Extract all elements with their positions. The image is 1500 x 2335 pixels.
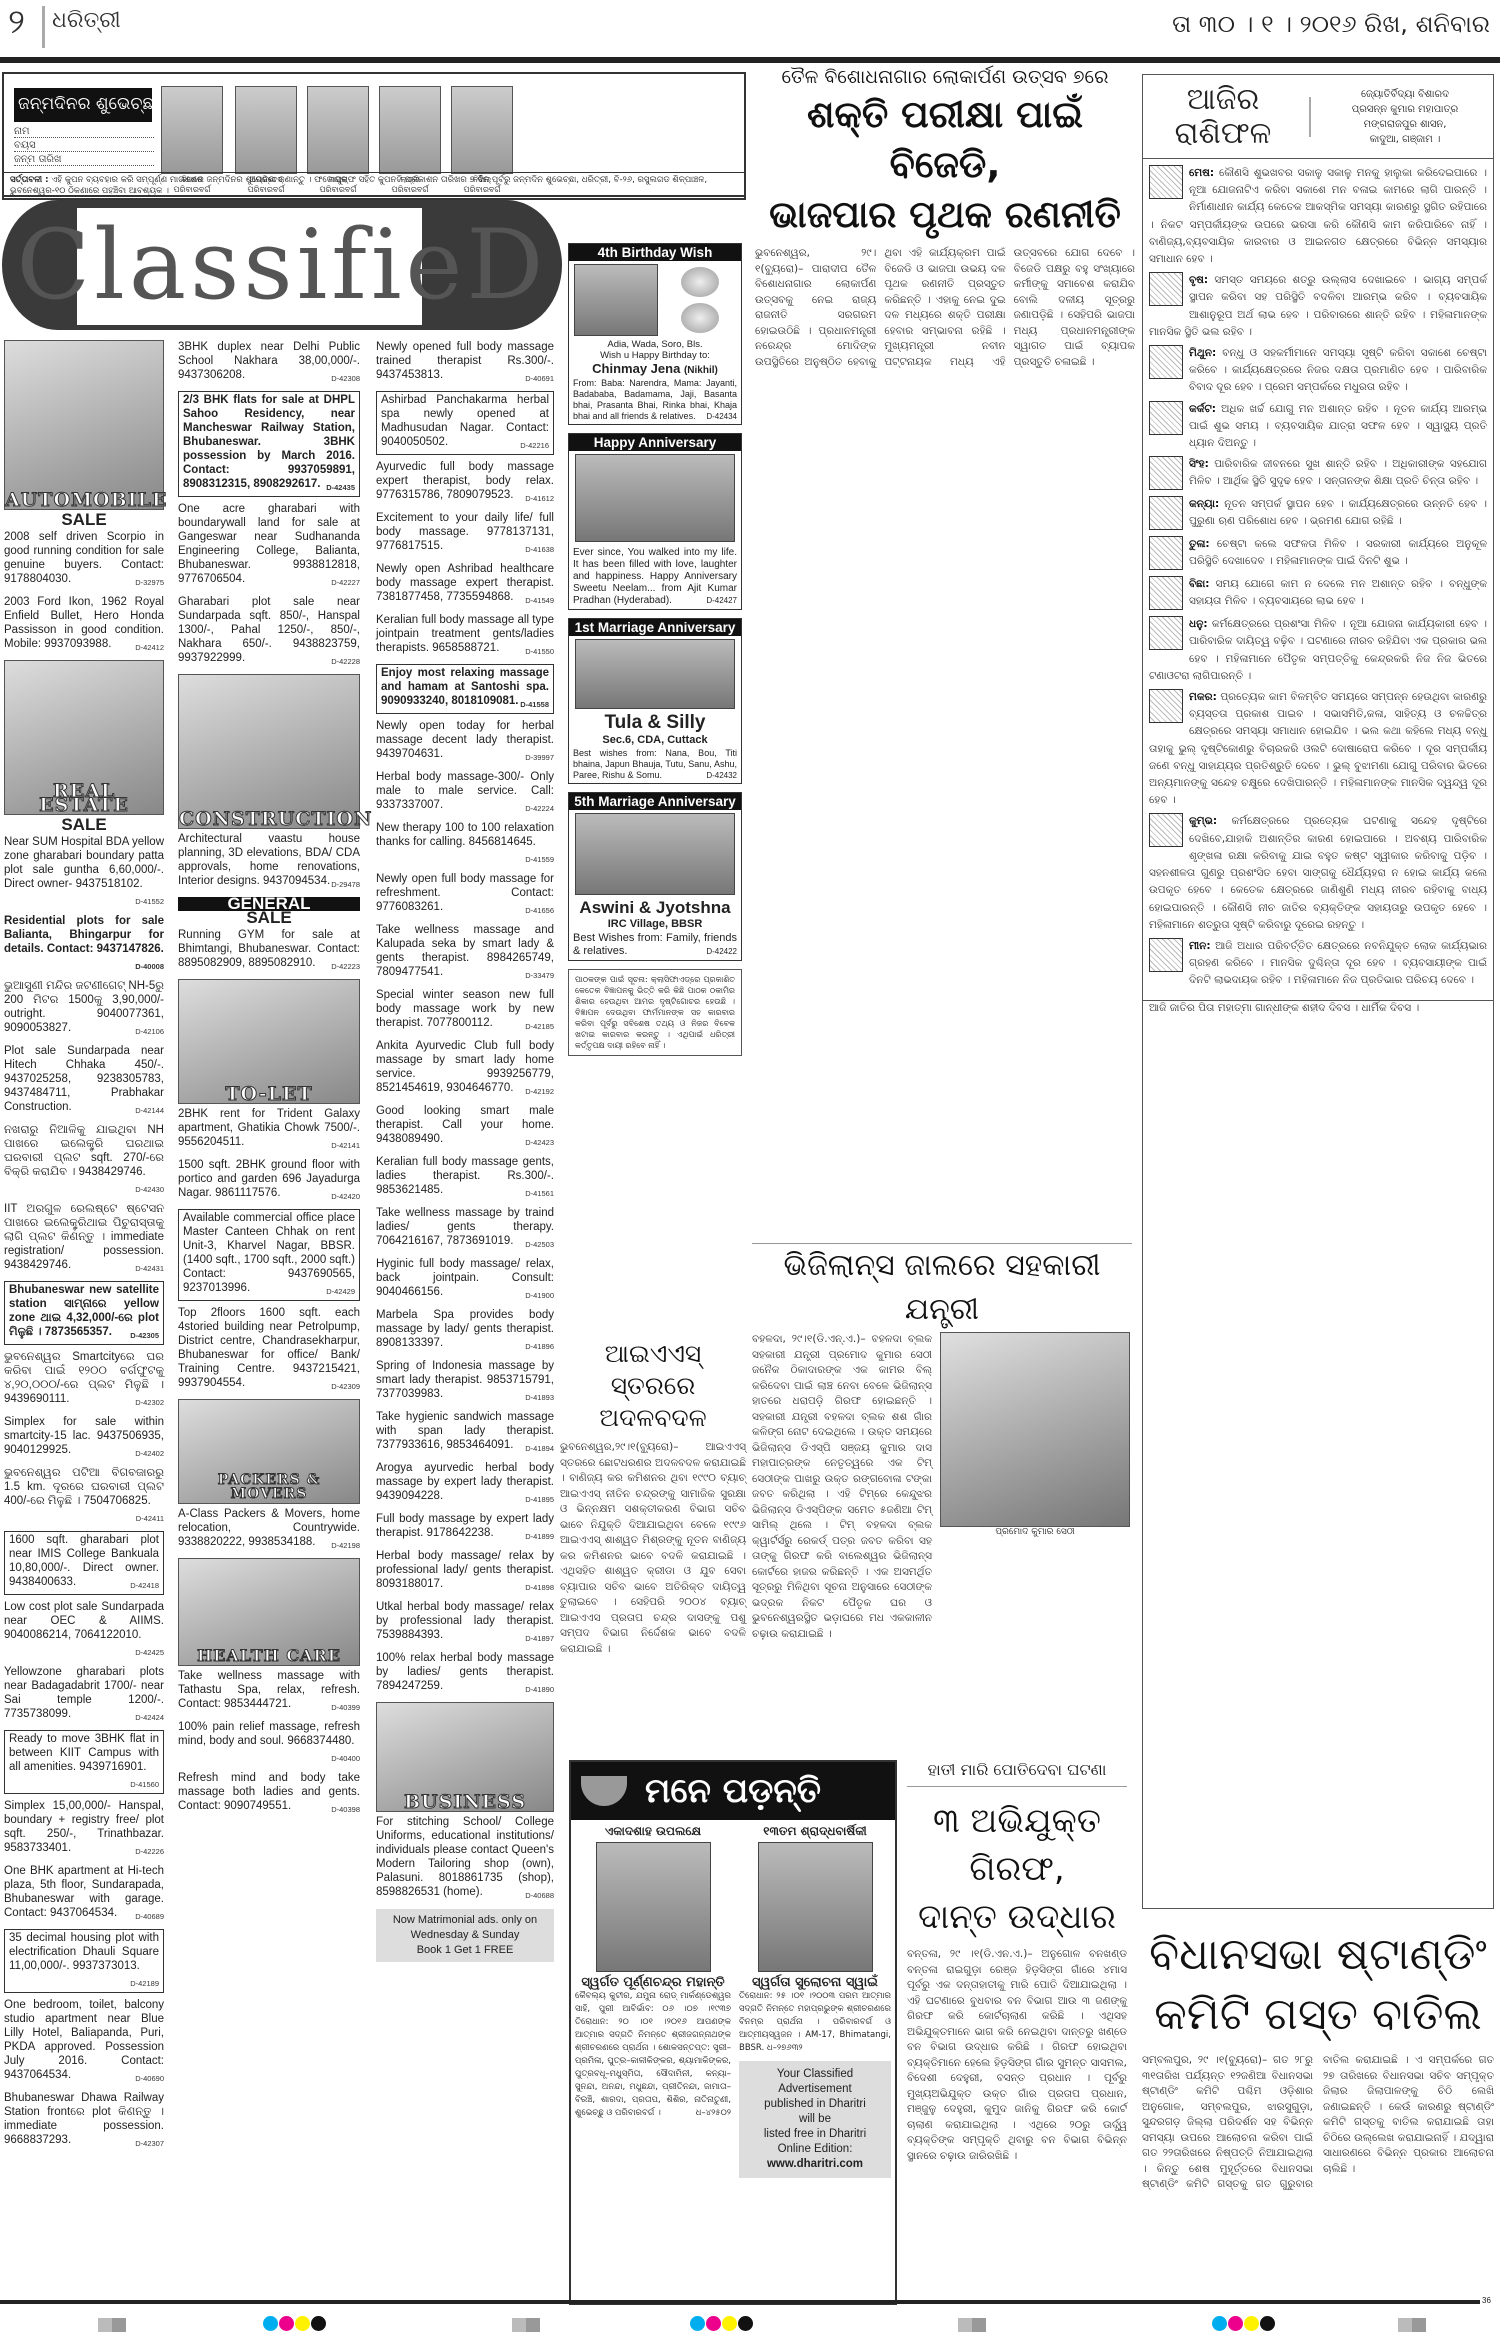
color-registration-dot [1228, 2316, 1243, 2331]
obituary-box: ମନେ ପଡ଼ନ୍ତି ଏକାଦଶାହ ଉପଲକ୍ଷେ ସ୍ୱର୍ଗତ ପୂର୍… [569, 1760, 897, 2305]
massage-ads: Newly opened full body massage trained t… [376, 340, 554, 1697]
classified-column-1: AUTOMOBILE SALE 2008 self driven Scorpio… [4, 340, 164, 2156]
classified-ad: IIT ଅରଗୁଳ ରେଲଷ୍ଟେ ଷ୍ଟେସନ ପାଖରେ ଇଲେକ୍ଟ୍ରି… [4, 1202, 164, 1276]
registration-mark [1398, 2318, 1426, 2332]
classified-ad: One acre gharabari with boundarywall lan… [178, 502, 360, 590]
horoscope-sign: ଧନୁ: କର୍ମକ୍ଷେତ୍ରରେ ପ୍ରଶଂସା ମିଳିବ । ନୂଆ ଯ… [1149, 616, 1487, 685]
kid-photo [161, 86, 223, 174]
zodiac-icon [1149, 616, 1183, 650]
classified-ad: A-Class Packers & Movers, home relocatio… [178, 1507, 360, 1553]
classified-ad: Architectural vaastu house planning, 3D … [178, 832, 360, 892]
classified-ad: Bhubaneswar Dhawa Railway Station frontର… [4, 2091, 164, 2151]
horoscope-sign: ବୃଷ: ସମସ୍ତ ସମୟରେ ଶତ୍ରୁ ଉଲ୍ଲାସ ଦେଖାଇବେ । … [1149, 272, 1487, 341]
classified-ad: Simplex 15,00,000/- Hanspal, boundary + … [4, 1799, 164, 1859]
kid-photo [451, 86, 513, 174]
classified-ad: Simplex for sale within smartcity-15 lac… [4, 1415, 164, 1461]
classified-ad: Herbal body massage/ relax by profession… [376, 1549, 554, 1595]
business-image: BUSINESS [376, 1702, 554, 1812]
obituary-right: ୧୩ତମ ଶ୍ରାଦ୍ଧବାର୍ଷିକୀ ସ୍ୱର୍ଗତା ସୁଲୋଚନା ସ୍… [735, 1820, 895, 2182]
cmyk-marks [263, 2316, 327, 2335]
section-heading: SALE [178, 911, 360, 925]
main-news-body: ଭୁବନେଶ୍ୱର, ୨୯।୧(ବ୍ୟୁରୋ)– ପାରାଦୀପ ତୈଳ ବିଶ… [755, 246, 1135, 1236]
obituary-banner: ମନେ ପଡ଼ନ୍ତି [571, 1762, 895, 1820]
classified-ad: Ready to move 3BHK flat in between KIIT … [4, 1730, 164, 1794]
color-registration-dot [1212, 2316, 1227, 2331]
horoscope-signs: ମେଷ: କୌଣସି ଶୁଭଖବର ସକାଳୁ ସକାଳୁ ମନକୁ ହାଲୁକ… [1143, 159, 1493, 1000]
marriage-anniversary-wish: 5th Marriage Anniversary Aswini & Jyotsh… [568, 792, 742, 961]
vigilance-news-body: ବହଳଦା, ୨୯।୧(ଡି.ଏନ୍.ଏ.)– ବହଳଦା ବ୍ଲକ ସହକାର… [752, 1332, 932, 1642]
footer-rule [0, 2300, 1480, 2304]
ias-news-body: ଭୁବନେଶ୍ୱର,୨୯।୧(ବ୍ୟୁରୋ)– ଆଇଏଏସ୍ ସ୍ତରରେ ଛୋ… [560, 1440, 746, 1657]
classified-ad: 35 decimal housing plot with electrifica… [4, 1929, 164, 1993]
horoscope-footer-note: ଆଜି ଜାତିର ପିତା ମହାତ୍ମା ଗାନ୍ଧୀଙ୍କ ଶହୀଦ ଦି… [1143, 1000, 1493, 1017]
classified-ad: 100% relax herbal body massage by ladies… [376, 1651, 554, 1697]
classified-ad: Full body massage by expert lady therapi… [376, 1512, 554, 1544]
classified-ad: 1600 sqft. gharabari plot near IMIS Coll… [4, 1531, 164, 1595]
lamp-icon [581, 1776, 627, 1806]
classified-ad: 3BHK duplex near Delhi Public School Nak… [178, 340, 360, 386]
zodiac-icon [1149, 401, 1183, 435]
astrologer-credit: ଜ୍ୟୋତିର୍ବିଦ୍ୟା ବିଶାରଦପ୍ରସନ୍ନ କୁମାର ମହାପା… [1317, 87, 1493, 147]
classified-ad: Running GYM for sale at Bhimtangi, Bhuba… [178, 928, 360, 974]
classified-ad: Spring of Indonesia massage by smart lad… [376, 1359, 554, 1405]
classified-ad: Newly open Ashribad healthcare body mass… [376, 562, 554, 608]
horoscope-sign: କର୍କଟ: ଅଧିକ ଖର୍ଚ୍ଚ ଯୋଗୁ ମନ ଅଶାନ୍ତ ରହିବ ।… [1149, 401, 1487, 453]
classified-ad: 1500 sqft. 2BHK ground floor with portic… [178, 1158, 360, 1204]
name-field: ନାମ [14, 126, 154, 138]
registration-mark [512, 2318, 540, 2332]
zodiac-icon [1149, 496, 1183, 530]
classified-ad: Ashirbad Panchakarma herbal spa newly op… [376, 391, 554, 455]
color-registration-dot [1260, 2316, 1275, 2331]
newspaper-logo: ଧରିତ୍ରୀ [52, 8, 121, 33]
reader-notice: ପାଠକଙ୍କ ପାଇଁ ସୂଚନା: କ୍ଲାସିଫାଏଡ୍‌ରେ ପ୍ରକା… [568, 969, 742, 1056]
assembly-news-body: ସମ୍ବଲପୁର, ୨୯ ।୧(ବ୍ୟୁରୋ)– ଗତ ୨୮ରୁ ୩୧ତାରିଖ… [1142, 2053, 1494, 2193]
real-estate-ads: Near SUM Hospital BDA yellow zone gharab… [4, 835, 164, 2151]
official-photo [940, 1332, 1130, 1527]
general-ads: Running GYM for sale at Bhimtangi, Bhuba… [178, 928, 360, 974]
obituary-left: ଏକାଦଶାହ ଉପଲକ୍ଷେ ସ୍ୱର୍ଗତ ପୂର୍ଣ୍ଣଚନ୍ଦ୍ର ମହ… [571, 1820, 735, 2182]
classified-ad: ଭୁବନେଶ୍ୱର Smartcityରେ ଘର କରିବା ପାଇଁ ୧୨୦୦… [4, 1350, 164, 1410]
kid-photo [235, 86, 297, 174]
zodiac-icon [1149, 813, 1183, 847]
horoscope-sign: କୁମ୍ଭ: କର୍ମକ୍ଷେତ୍ରରେ ପ୍ରତ୍ୟେକ ଘଟଣାକୁ ସନ୍… [1149, 813, 1487, 933]
classified-ad: Newly open full body massage for refresh… [376, 872, 554, 918]
online-edition-promo: Your ClassifiedAdvertisementpublished in… [739, 2061, 891, 2178]
zodiac-icon [1149, 576, 1183, 610]
classified-ad: ଭୁଆସୁଣୀ ମନ୍ଦିର ଜଟଣୀଗେଟ୍ NH-5ରୁ 200 ମିଟର … [4, 979, 164, 1039]
automobile-image: AUTOMOBILE [4, 340, 164, 510]
classified-ad: Newly opened full body massage trained t… [376, 340, 554, 386]
zodiac-icon [1149, 165, 1183, 199]
property-ads: 3BHK duplex near Delhi Public School Nak… [178, 340, 360, 669]
classified-ad: Herbal body massage-300/- Only male to m… [376, 770, 554, 816]
classified-ad: Take wellness massage with Tathastu Spa,… [178, 1669, 360, 1715]
classified-ad: One bedroom, toilet, balcony studio apar… [4, 1998, 164, 2086]
child-photo [574, 264, 658, 336]
age-field: ବୟସ [14, 140, 154, 152]
registration-mark [958, 2318, 986, 2332]
classified-ad: Take wellness massage and Kalupada seka … [376, 923, 554, 983]
deceased-photo [758, 1842, 873, 1972]
color-registration-dot [279, 2316, 294, 2331]
classified-banner-text: ClassifieD [2, 200, 562, 330]
classified-ad: Enjoy most relaxing massage and hamam at… [376, 664, 554, 714]
page-number: ୨ [8, 2, 25, 42]
classified-ad: Residential plots for sale Balianta, Bhi… [4, 914, 164, 974]
classified-ad: Near SUM Hospital BDA yellow zone gharab… [4, 835, 164, 909]
kid-photo [379, 86, 441, 174]
classified-ad: Ayurvedic full body massage expert thera… [376, 460, 554, 506]
balloons-icon [664, 264, 736, 336]
classified-ad: Take hygienic sandwich massage with span… [376, 1410, 554, 1456]
classified-banner: ClassifieD [2, 200, 562, 330]
section-heading: SALE [4, 513, 164, 527]
horoscope-sign: ସିଂହ: ପାରିବାରିକ ଜୀବନରେ ସୁଖ ଶାନ୍ତି ରହିବ ।… [1149, 456, 1487, 492]
to-let-ads: 2BHK rent for Trident Galaxy apartment, … [178, 1107, 360, 1394]
horoscope-sign: ମୀନ: ଆଜି ଅଧାର ପରିବର୍ତ୍ତିତ କ୍ଷେତ୍ରରେ ନବନି… [1149, 938, 1487, 990]
classified-ad: ଭୁବନେଶ୍ୱର ପଟିଆ ବିଗବଜାରରୁ 1.5 km. ଦୂରରେ ଘ… [4, 1466, 164, 1526]
classified-ad: Keralian full body massage gents, ladies… [376, 1155, 554, 1201]
classified-ad: 2003 Ford Ikon, 1962 Royal Enfield Bulle… [4, 595, 164, 655]
classified-ad: 100% pain relief massage, refresh mind, … [178, 1720, 360, 1766]
color-registration-dot [311, 2316, 326, 2331]
zodiac-icon [1149, 272, 1183, 306]
header-divider [42, 6, 45, 48]
wishes-column: 4th Birthday Wish Adia, Wada, Soro, Bls.… [568, 243, 742, 1056]
color-registration-dot [722, 2316, 737, 2331]
cmyk-marks [690, 2316, 754, 2335]
matrimonial-note: Now Matrimonial ads. only onWednesday & … [376, 1909, 554, 1962]
color-registration-dot [1244, 2316, 1259, 2331]
birthday-coupon-title: ଜନ୍ମଦିନର ଶୁଭେଚ୍ଛା [14, 88, 152, 122]
classified-ad: Bhubaneswar new satellite station ସାମ୍ନା… [4, 1281, 164, 1345]
classified-ad: Utkal herbal body massage/ relax by prof… [376, 1600, 554, 1646]
cmyk-marks [1212, 2316, 1276, 2335]
couple-photo [575, 639, 735, 709]
health-care-image: HEALTH CARE [178, 1558, 360, 1666]
classified-ad: Plot sale Sundarpada near Hitech Chhaka … [4, 1044, 164, 1118]
registration-mark [98, 2318, 126, 2332]
classified-ad: 2BHK rent for Trident Galaxy apartment, … [178, 1107, 360, 1153]
classified-ad: Keralian full body massage all type join… [376, 613, 554, 659]
classified-ad: Low cost plot sale Sundarpada near OEC &… [4, 1600, 164, 1660]
classified-ad: Available commercial office place Master… [178, 1209, 360, 1301]
classified-ad: Arogya ayurvedic herbal body massage by … [376, 1461, 554, 1507]
business-ads: For stitching School/ College Uniforms, … [376, 1815, 554, 1903]
classified-ad: 2/3 BHK flats for sale at DHPL Sahoo Res… [178, 391, 360, 497]
horoscope-sign: ବିଛା: ସମୟ ଯୋଗେ କାମ ନ ଦେଲେ ମନ ଅଶାନ୍ତ ରହିବ… [1149, 576, 1487, 612]
classified-ad: Ankita Ayurvedic Club full body massage … [376, 1039, 554, 1099]
website-link[interactable]: www.dharitri.com [741, 2157, 889, 2172]
birthday-wish: 4th Birthday Wish Adia, Wada, Soro, Bls.… [568, 243, 742, 425]
health-ads: Take wellness massage with Tathastu Spa,… [178, 1669, 360, 1817]
to-let-image: TO-LET [178, 979, 360, 1104]
classified-ad: Newly open today for herbal massage dece… [376, 719, 554, 765]
color-registration-dot [706, 2316, 721, 2331]
zodiac-icon [1149, 689, 1183, 723]
vigilance-news: ଭିଜିଲାନ୍ସ ଜାଲରେ ସହକାରୀ ଯନ୍ତ୍ରୀ ବହଳଦା, ୨୯… [752, 1243, 1132, 1642]
color-registration-dot [295, 2316, 310, 2331]
classified-ad: Special winter season new full body mass… [376, 988, 554, 1034]
construction-ads: Architectural vaastu house planning, 3D … [178, 832, 360, 892]
construction-image: CONSTRUCTION [178, 674, 360, 829]
horoscope-sign: ମେଷ: କୌଣସି ଶୁଭଖବର ସକାଳୁ ସକାଳୁ ମନକୁ ହାଲୁକ… [1149, 165, 1487, 268]
classified-column-2: 3BHK duplex near Delhi Public School Nak… [178, 340, 360, 1822]
birthday-coupon-terms: ସର୍ତ୍ତାବଳୀ : ଏହି କୁପନ ବ୍ୟବହାର କରି ସମ୍ପୂର… [2, 172, 746, 200]
header-rule [0, 57, 1500, 63]
horoscope-sign: ମିଥୁନ: ବନ୍ଧୁ ଓ ସହକର୍ମୀମାନେ ସମସ୍ୟା ସୃଷ୍ଟି… [1149, 345, 1487, 397]
anniversary-wish: Happy Anniversary Ever since, You walked… [568, 433, 742, 610]
horoscope-title: ଆଜିରରାଶିଫଳ [1143, 83, 1303, 151]
horoscope-sign: ତୁଳା: ଚେଷ୍ଟା କଲେ ସଫଳତା ମିଳିବ । ସରକାରୀ କା… [1149, 536, 1487, 572]
assembly-news: ବିଧାନସଭା ଷ୍ଟାଣ୍ଡିଂ କମିଟି ଗସ୍ତ ବାତିଲ ସମ୍ବ… [1142, 1925, 1494, 2193]
classified-ad: One BHK apartment at Hi-tech plaza, 5th … [4, 1864, 164, 1924]
zodiac-icon [1149, 345, 1183, 379]
ias-news: ଆଇଏଏସ୍ ସ୍ତରରେ ଅଦଳବଦଳ ଭୁବନେଶ୍ୱର,୨୯।୧(ବ୍ୟୁ… [560, 1338, 746, 1657]
color-registration-dot [738, 2316, 753, 2331]
elephant-news-body: ବନ୍ତଳା, ୨୯ ।୧(ଡି.ଏନ.ଏ.)– ଅନୁଗୋଳ ବନଖଣ୍ଡ ବ… [907, 1947, 1127, 2164]
section-heading: SALE [4, 818, 164, 832]
classified-ad: ନଖରାରୁ ନିଆଳିକୁ ଯାଇଥିବା NH ପାଖରେ ଇଲେକ୍ଟ୍ର… [4, 1123, 164, 1197]
elephant-news: ହାତୀ ମାରି ପୋତିଦେବା ଘଟଣା ୩ ଅଭିଯୁକ୍ତ ଗିରଫ,… [907, 1760, 1127, 2164]
classified-ad: Yellowzone gharabari plots near Badagada… [4, 1665, 164, 1725]
horoscope-sign: ମକର: ପ୍ରତ୍ୟେକ କାମ ବିଳମ୍ବିତ ସମୟରେ ସମ୍ପନ୍ନ… [1149, 689, 1487, 809]
page-code: 36 [1482, 2296, 1491, 2305]
zodiac-icon [1149, 456, 1183, 490]
page-header: ୨ ଧରିତ୍ରୀ ତା ୩୦ । ୧ । ୨୦୧୬ ରିଖ, ଶନିବାର [0, 0, 1500, 62]
birthdate-field: ଜନ୍ମ ତାରିଖ [14, 154, 154, 166]
horoscope-sign: କନ୍ୟା: ନୂତନ ସମ୍ପର୍କ ସ୍ଥାପନ ହେବ । କାର୍ଯ୍ୟ… [1149, 496, 1487, 532]
main-news: ତୈଳ ବିଶୋଧନାଗାର ଲୋକାର୍ପଣ ଉତ୍ସବ ୭ରେ ଶକ୍ତି … [755, 64, 1135, 1236]
zodiac-icon [1149, 938, 1183, 972]
date-line: ତା ୩୦ । ୧ । ୨୦୧୬ ରିଖ, ଶନିବାର [1172, 10, 1490, 38]
classified-ad: Gharabari plot sale near Sundarpada sqft… [178, 595, 360, 669]
classified-ad: Top 2floors 1600 sqft. each 4storied bui… [178, 1306, 360, 1394]
horoscope-box: ଆଜିରରାଶିଫଳ ଜ୍ୟୋତିର୍ବିଦ୍ୟା ବିଶାରଦପ୍ରସନ୍ନ … [1142, 74, 1494, 1909]
deceased-photo [596, 1842, 711, 1972]
color-registration-dot [690, 2316, 705, 2331]
classified-ad: Good looking smart male therapist. Call … [376, 1104, 554, 1150]
packers-movers-image: PACKERS & MOVERS [178, 1399, 360, 1504]
classified-ad: Take wellness massage by traind ladies/ … [376, 1206, 554, 1252]
classified-ad: 2008 self driven Scorpio in good running… [4, 530, 164, 590]
packers-ads: A-Class Packers & Movers, home relocatio… [178, 1507, 360, 1553]
marriage-anniversary-wish: 1st Marriage Anniversary Tula & Silly Se… [568, 618, 742, 784]
couple-photo [575, 813, 735, 895]
color-registration-dot [263, 2316, 278, 2331]
classified-ad: Refresh mind and body take massage both … [178, 1771, 360, 1817]
classified-ad: Excitement to your daily life/ full body… [376, 511, 554, 557]
classified-ad: Marbela Spa provides body massage by lad… [376, 1308, 554, 1354]
classified-ad: Hyginic full body massage/ relax, back j… [376, 1257, 554, 1303]
couple-photo [575, 454, 735, 542]
kid-photo [307, 86, 369, 174]
real-estate-image: REAL ESTATE [4, 660, 164, 815]
classified-ad: New therapy 100 to 100 relaxation thanks… [376, 821, 554, 867]
zodiac-icon [1149, 536, 1183, 570]
classified-column-3: Newly opened full body massage trained t… [376, 340, 554, 1962]
classified-ad: For stitching School/ College Uniforms, … [376, 1815, 554, 1903]
